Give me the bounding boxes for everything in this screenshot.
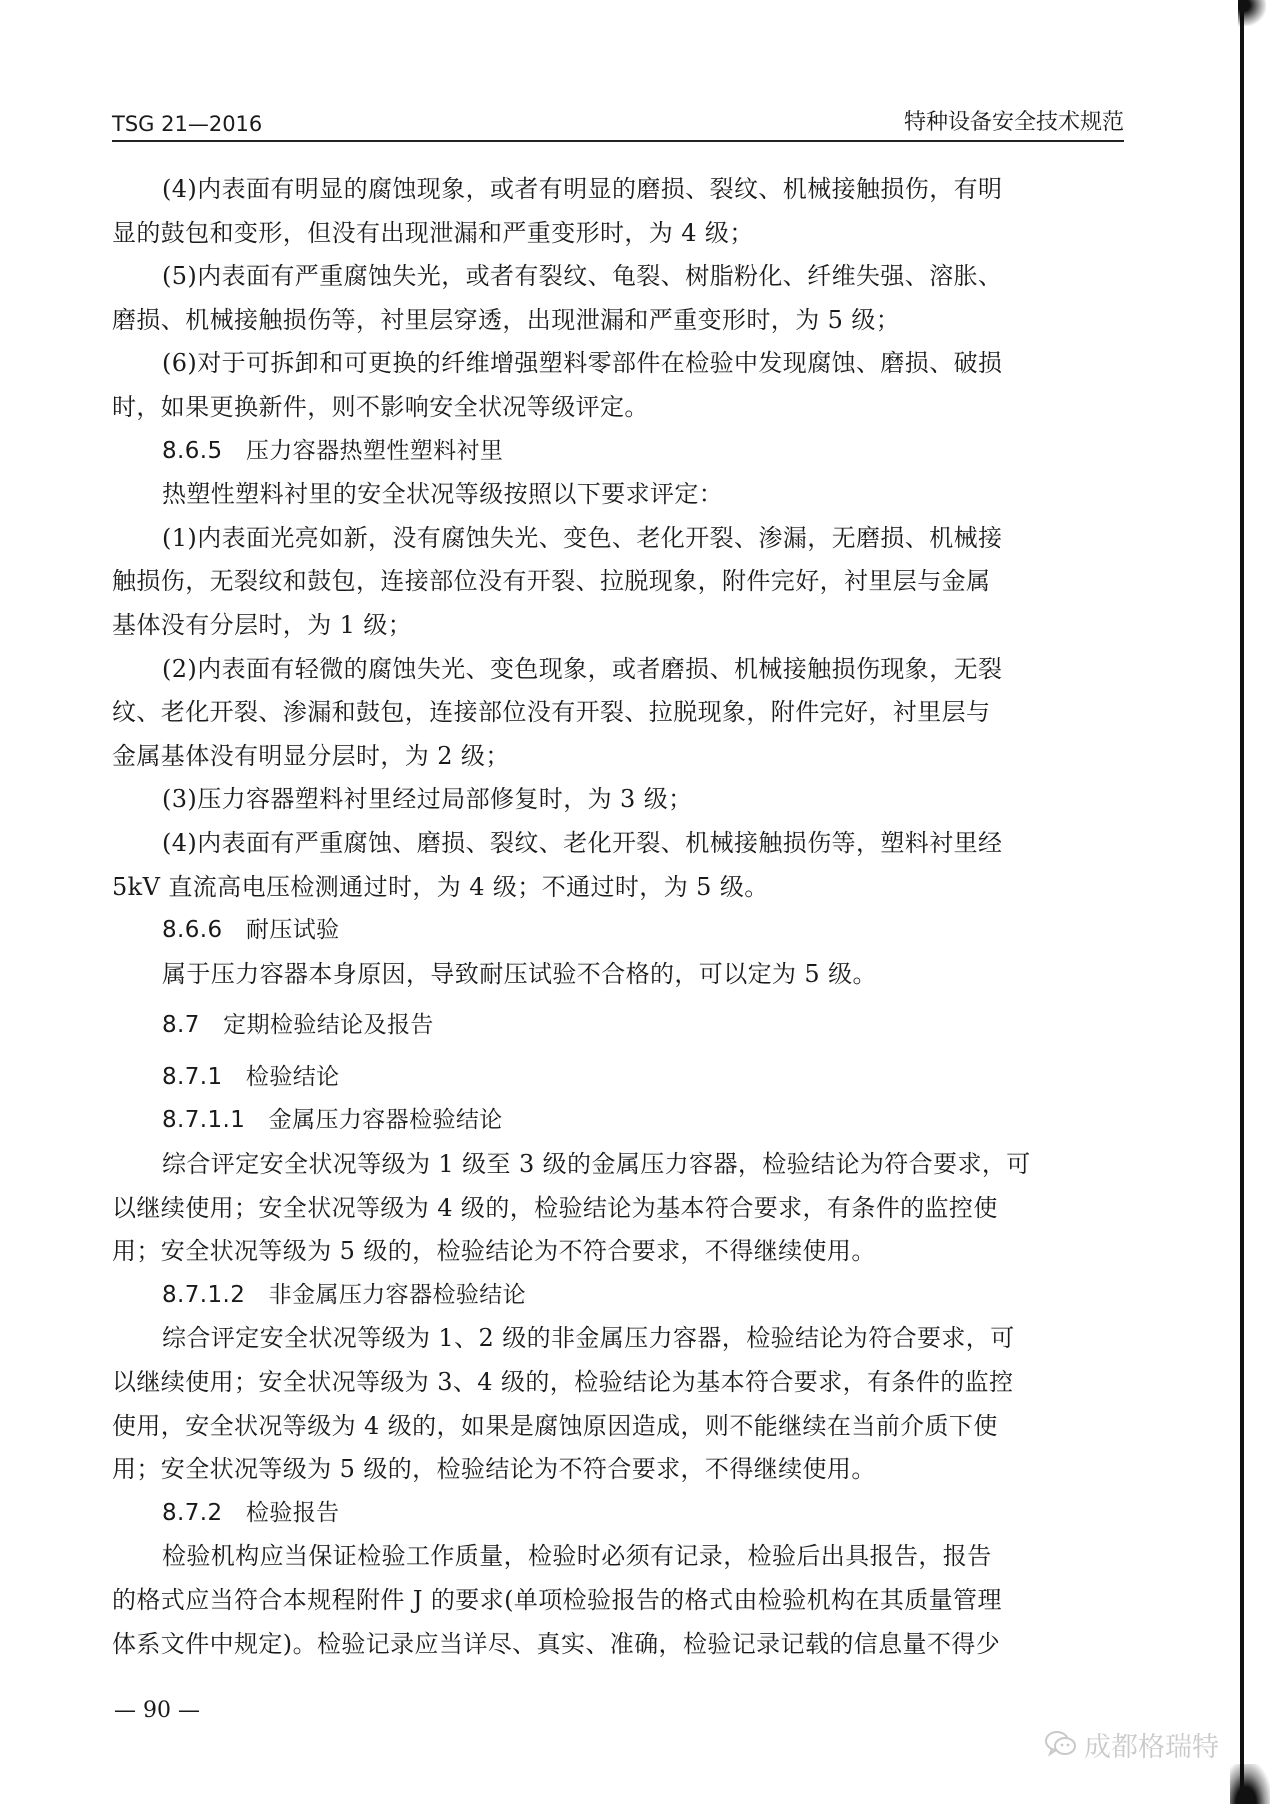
paragraph-line: 用；安全状况等级为 5 级的，检验结论为不符合要求，不得继续使用。 bbox=[112, 1448, 1126, 1492]
section-heading-8-7-1-1: 8.7.1.1 金属压力容器检验结论 bbox=[112, 1099, 1126, 1143]
paragraph-line: (1)内表面光亮如新，没有腐蚀失光、变色、老化开裂、渗漏，无磨损、机械接 bbox=[112, 517, 1126, 561]
section-heading-8-6-6: 8.6.6 耐压试验 bbox=[112, 909, 1126, 953]
watermark-text: 成都格瑞特 bbox=[1084, 1725, 1219, 1764]
paragraph-line: 用；安全状况等级为 5 级的，检验结论为不符合要求，不得继续使用。 bbox=[112, 1230, 1126, 1274]
paragraph-line: 综合评定安全状况等级为 1 级至 3 级的金属压力容器，检验结论为符合要求，可 bbox=[112, 1143, 1126, 1187]
paragraph-line: 显的鼓包和变形，但没有出现泄漏和严重变形时，为 4 级； bbox=[112, 212, 1126, 256]
paragraph-line: 时，如果更换新件，则不影响安全状况等级评定。 bbox=[112, 386, 1126, 430]
paragraph-line: (6)对于可拆卸和可更换的纤维增强塑料零部件在检验中发现腐蚀、磨损、破损 bbox=[112, 342, 1126, 386]
paragraph-line: 体系文件中规定)。检验记录应当详尽、真实、准确，检验记录记载的信息量不得少 bbox=[112, 1623, 1126, 1667]
scan-edge-blot bbox=[1230, 1764, 1270, 1804]
body-text: (4)内表面有明显的腐蚀现象，或者有明显的磨损、裂纹、机械接触损伤，有明 显的鼓… bbox=[112, 168, 1126, 1666]
paragraph-line: 金属基体没有明显分层时，为 2 级； bbox=[112, 735, 1126, 779]
paragraph-line: 以继续使用；安全状况等级为 4 级的，检验结论为基本符合要求，有条件的监控使 bbox=[112, 1187, 1126, 1231]
paragraph-line: (4)内表面有严重腐蚀、磨损、裂纹、老化开裂、机械接触损伤等，塑料衬里经 bbox=[112, 822, 1126, 866]
paragraph-line: 检验机构应当保证检验工作质量，检验时必须有记录，检验后出具报告，报告 bbox=[112, 1535, 1126, 1579]
paragraph-line: 属于压力容器本身原因，导致耐压试验不合格的，可以定为 5 级。 bbox=[112, 953, 1126, 997]
section-heading-8-7-2: 8.7.2 检验报告 bbox=[112, 1492, 1126, 1536]
paragraph-line: (5)内表面有严重腐蚀失光，或者有裂纹、龟裂、树脂粉化、纤维失强、溶胀、 bbox=[112, 255, 1126, 299]
wechat-icon bbox=[1044, 1729, 1078, 1759]
page-number: — 90 — bbox=[114, 1698, 200, 1723]
paragraph-line: (2)内表面有轻微的腐蚀失光、变色现象，或者磨损、机械接触损伤现象，无裂 bbox=[112, 648, 1126, 692]
section-heading-8-7-1-2: 8.7.1.2 非金属压力容器检验结论 bbox=[112, 1274, 1126, 1318]
paragraph-line: (3)压力容器塑料衬里经过局部修复时，为 3 级； bbox=[112, 778, 1126, 822]
scan-edge-line bbox=[1240, 0, 1244, 1804]
standard-code: TSG 21—2016 bbox=[112, 112, 262, 136]
paragraph-line: 综合评定安全状况等级为 1、2 级的非金属压力容器，检验结论为符合要求，可 bbox=[112, 1317, 1126, 1361]
section-heading-8-7-1: 8.7.1 检验结论 bbox=[112, 1056, 1126, 1100]
document-page: TSG 21—2016 特种设备安全技术规范 (4)内表面有明显的腐蚀现象，或者… bbox=[0, 0, 1280, 1804]
section-heading-8-6-5: 8.6.5 压力容器热塑性塑料衬里 bbox=[112, 430, 1126, 474]
paragraph-line: 使用，安全状况等级为 4 级的，如果是腐蚀原因造成，则不能继续在当前介质下使 bbox=[112, 1405, 1126, 1449]
paragraph-line: 磨损、机械接触损伤等，衬里层穿透，出现泄漏和严重变形时，为 5 级； bbox=[112, 299, 1126, 343]
paragraph-line: 基体没有分层时，为 1 级； bbox=[112, 604, 1126, 648]
paragraph-line: (4)内表面有明显的腐蚀现象，或者有明显的磨损、裂纹、机械接触损伤，有明 bbox=[112, 168, 1126, 212]
running-header: TSG 21—2016 特种设备安全技术规范 bbox=[112, 104, 1124, 142]
header-title: 特种设备安全技术规范 bbox=[904, 105, 1124, 136]
paragraph-line: 纹、老化开裂、渗漏和鼓包，连接部位没有开裂、拉脱现象，附件完好，衬里层与 bbox=[112, 691, 1126, 735]
paragraph-line: 以继续使用；安全状况等级为 3、4 级的，检验结论为基本符合要求，有条件的监控 bbox=[112, 1361, 1126, 1405]
paragraph-line: 热塑性塑料衬里的安全状况等级按照以下要求评定： bbox=[112, 473, 1126, 517]
paragraph-line: 的格式应当符合本规程附件 J 的要求(单项检验报告的格式由检验机构在其质量管理 bbox=[112, 1579, 1126, 1623]
scan-edge-blot bbox=[1238, 0, 1266, 26]
paragraph-line: 触损伤，无裂纹和鼓包，连接部位没有开裂、拉脱现象，附件完好，衬里层与金属 bbox=[112, 560, 1126, 604]
watermark: 成都格瑞特 bbox=[1044, 1724, 1219, 1764]
paragraph-line: 5kV 直流高电压检测通过时，为 4 级；不通过时，为 5 级。 bbox=[112, 866, 1126, 910]
section-heading-8-7: 8.7 定期检验结论及报告 bbox=[112, 1004, 1126, 1048]
